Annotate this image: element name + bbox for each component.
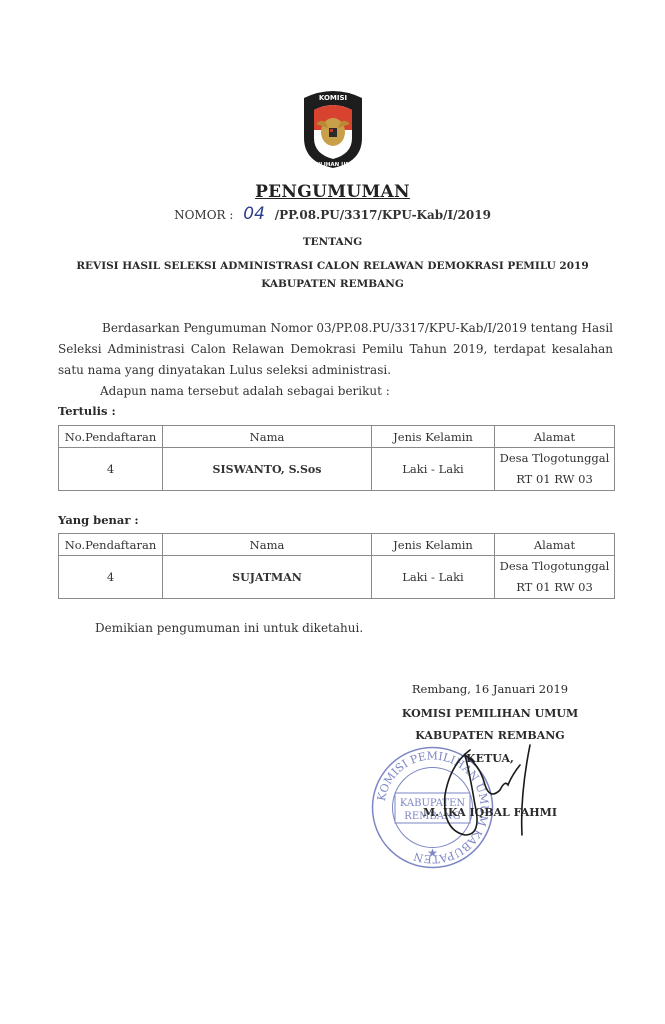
subject-heading: REVISI HASIL SELEKSI ADMINISTRASI CALON … bbox=[0, 257, 665, 293]
svg-text:PEMILIHAN UMUM: PEMILIHAN UMUM bbox=[305, 162, 361, 168]
body-paragraph-1: Berdasarkan Pengumuman Nomor 03/PP.08.PU… bbox=[58, 318, 613, 381]
nomor-label: NOMOR : bbox=[174, 208, 233, 222]
kpu-logo: KOMISI PEMILIHAN UMUM bbox=[300, 88, 366, 170]
table-header-row: No.Pendaftaran Nama Jenis Kelamin Alamat bbox=[59, 534, 615, 556]
subject-line-2: KABUPATEN REMBANG bbox=[0, 275, 665, 293]
yang-benar-table: No.Pendaftaran Nama Jenis Kelamin Alamat… bbox=[58, 533, 615, 599]
table-row: 4 SUJATMAN Laki - Laki Desa Tlogotunggal… bbox=[59, 556, 615, 599]
col-header-alamat: Alamat bbox=[495, 534, 615, 556]
col-header-nama: Nama bbox=[163, 426, 372, 448]
alamat-line-1: Desa Tlogotunggal bbox=[495, 556, 614, 577]
cell-no: 4 bbox=[59, 556, 163, 599]
yang-benar-label: Yang benar : bbox=[58, 513, 139, 527]
cell-no: 4 bbox=[59, 448, 163, 491]
cell-nama: SISWANTO, S.Sos bbox=[163, 448, 372, 491]
svg-text:★: ★ bbox=[427, 846, 438, 860]
col-header-jenis-kelamin: Jenis Kelamin bbox=[372, 426, 495, 448]
alamat-line-2: RT 01 RW 03 bbox=[495, 469, 614, 490]
alamat-line-2: RT 01 RW 03 bbox=[495, 577, 614, 598]
table-header-row: No.Pendaftaran Nama Jenis Kelamin Alamat bbox=[59, 426, 615, 448]
document-title: PENGUMUMAN bbox=[0, 182, 665, 202]
col-header-no: No.Pendaftaran bbox=[59, 426, 163, 448]
tertulis-table: No.Pendaftaran Nama Jenis Kelamin Alamat… bbox=[58, 425, 615, 491]
place-date: Rembang, 16 Januari 2019 bbox=[370, 682, 610, 696]
tentang-heading: TENTANG bbox=[0, 236, 665, 248]
body-paragraph-2: Adapun nama tersebut adalah sebagai beri… bbox=[100, 381, 600, 402]
col-header-jenis-kelamin: Jenis Kelamin bbox=[372, 534, 495, 556]
nomor-handwritten: 04 bbox=[243, 204, 265, 224]
col-header-alamat: Alamat bbox=[495, 426, 615, 448]
nomor-code: /PP.08.PU/3317/KPU-Kab/I/2019 bbox=[275, 208, 491, 222]
cell-jenis-kelamin: Laki - Laki bbox=[372, 556, 495, 599]
cell-nama: SUJATMAN bbox=[163, 556, 372, 599]
cell-alamat: Desa Tlogotunggal RT 01 RW 03 bbox=[495, 448, 615, 491]
subject-line-1: REVISI HASIL SELEKSI ADMINISTRASI CALON … bbox=[0, 257, 665, 275]
col-header-no: No.Pendaftaran bbox=[59, 534, 163, 556]
signature bbox=[420, 735, 550, 845]
kpu-garuda-emblem-icon: KOMISI PEMILIHAN UMUM bbox=[300, 88, 366, 170]
tertulis-label: Tertulis : bbox=[58, 404, 116, 418]
col-header-nama: Nama bbox=[163, 534, 372, 556]
org-line-1: KOMISI PEMILIHAN UMUM bbox=[370, 707, 610, 720]
svg-text:KOMISI: KOMISI bbox=[319, 94, 347, 102]
cell-jenis-kelamin: Laki - Laki bbox=[372, 448, 495, 491]
alamat-line-1: Desa Tlogotunggal bbox=[495, 448, 614, 469]
closing-sentence: Demikian pengumuman ini untuk diketahui. bbox=[95, 621, 363, 635]
table-row: 4 SISWANTO, S.Sos Laki - Laki Desa Tlogo… bbox=[59, 448, 615, 491]
document-number: NOMOR : 04 /PP.08.PU/3317/KPU-Kab/I/2019 bbox=[0, 204, 665, 224]
cell-alamat: Desa Tlogotunggal RT 01 RW 03 bbox=[495, 556, 615, 599]
handwritten-signature-icon bbox=[420, 735, 550, 845]
